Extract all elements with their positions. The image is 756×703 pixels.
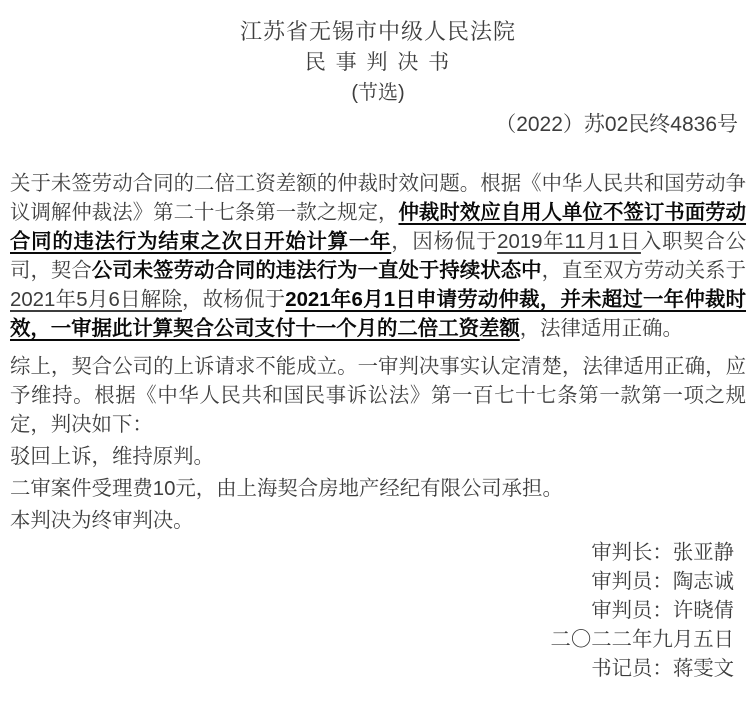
signature-block: 审判长：张亚静审判员：陶志诚审判员：许晓倩二〇二二年九月五日书记员：蒋雯文 (10, 539, 746, 684)
paragraph: 综上，契合公司的上诉请求不能成立。一审判决事实认定清楚，法律适用正确，应予维持。… (10, 353, 746, 440)
case-number: （2022）苏02民终4836号 (10, 109, 746, 140)
court-name: 江苏省无锡市中级人民法院 (10, 16, 746, 47)
paragraph: 本判决为终审判决。 (10, 507, 746, 536)
document-type: 民 事 判 决 书 (10, 47, 746, 78)
signature-line: 审判员：许晓倩 (10, 597, 734, 626)
signature-line: 书记员：蒋雯文 (10, 655, 734, 684)
body-text: 驳回上诉，维持原判。 (10, 446, 214, 468)
document-header: 江苏省无锡市中级人民法院 民 事 判 决 书 (节选) （2022）苏02民终4… (10, 16, 746, 140)
judgment-body: 关于未签劳动合同的二倍工资差额的仲裁时效问题。根据《中华人民共和国劳动争议调解仲… (10, 170, 746, 536)
signature-line: 审判长：张亚静 (10, 539, 734, 568)
paragraph: 二审案件受理费10元，由上海契合房地产经纪有限公司承担。 (10, 475, 746, 504)
body-text: 综上，契合公司的上诉请求不能成立。一审判决事实认定清楚，法律适用正确，应予维持。… (10, 356, 746, 436)
body-text: 本判决为终审判决。 (10, 510, 194, 532)
paragraph: 关于未签劳动合同的二倍工资差额的仲裁时效问题。根据《中华人民共和国劳动争议调解仲… (10, 170, 746, 344)
emphasized-text: 2021年5月6日解除 (10, 289, 182, 311)
emphasized-text: 2019年11月1日 (497, 231, 641, 253)
signature-line: 审判员：陶志诚 (10, 568, 734, 597)
body-text: ，直至双方劳动关系于 (542, 260, 746, 282)
paragraph: 驳回上诉，维持原判。 (10, 443, 746, 472)
body-text: ，因杨侃于 (391, 231, 497, 253)
body-text: ，故杨侃于 (182, 289, 285, 311)
signature-line: 二〇二二年九月五日 (10, 626, 734, 655)
body-text: 二审案件受理费10元，由上海契合房地产经纪有限公司承担。 (10, 478, 563, 500)
judgment-document: 江苏省无锡市中级人民法院 民 事 判 决 书 (节选) （2022）苏02民终4… (0, 0, 756, 703)
emphasized-text: 公司未签劳动合同的违法行为一直处于持续状态中 (92, 260, 542, 282)
body-text: ，法律适用正确。 (520, 318, 683, 340)
excerpt-note: (节选) (10, 78, 746, 109)
